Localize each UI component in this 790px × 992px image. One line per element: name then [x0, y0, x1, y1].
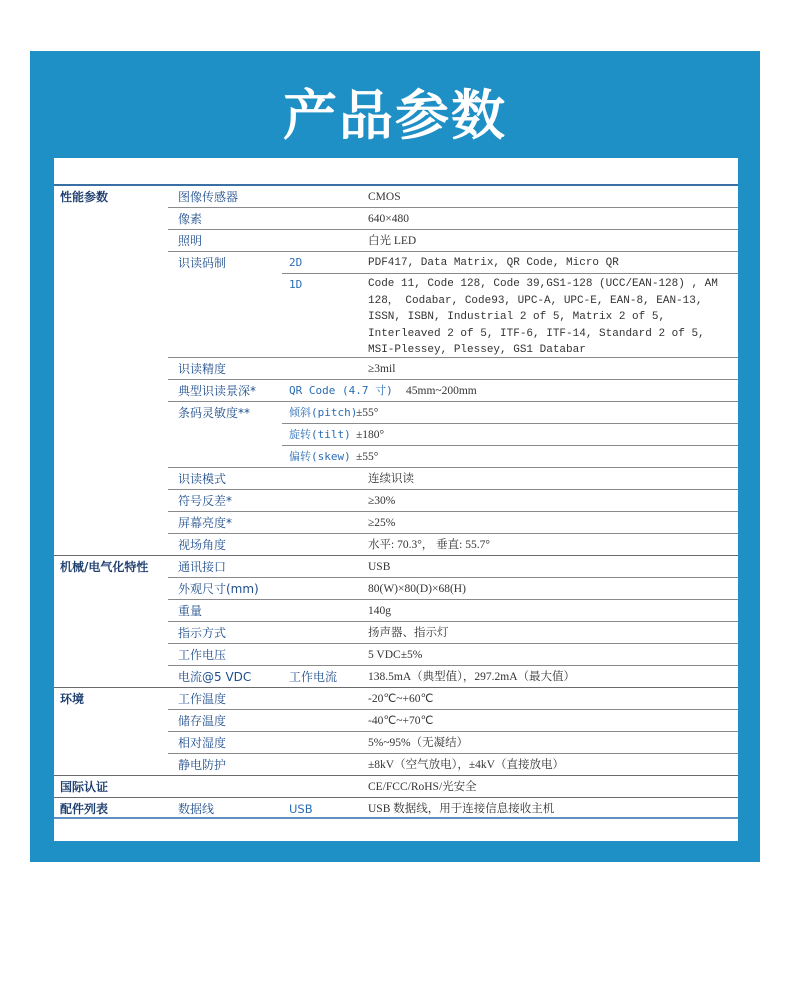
row-label: 符号反差* [178, 490, 232, 512]
row-label: 典型识读景深* [178, 380, 256, 402]
row-label: 工作温度 [178, 688, 226, 710]
table-row: 识读模式 连续识读 [54, 468, 738, 490]
row-label: 识读精度 [178, 358, 226, 380]
row-label: 条码灵敏度** [178, 402, 250, 424]
row-value: 138.5mA（典型值），297.2mA（最大值） [368, 666, 575, 688]
row-sublabel: 偏转(skew) [289, 446, 351, 468]
row-label: 相对湿度 [178, 732, 226, 754]
row-label: 像素 [178, 208, 202, 230]
row-label: 视场角度 [178, 534, 226, 556]
page-title: 产品参数 [30, 73, 760, 150]
table-bottom-rule [54, 817, 738, 819]
row-label: 识读模式 [178, 468, 226, 490]
category-label: 环境 [60, 688, 84, 710]
table-row: 外观尺寸(mm) 80(W)×80(D)×68(H) [54, 578, 738, 600]
row-label: 识读码制 [178, 252, 226, 274]
table-row: 屏幕亮度* ≥25% [54, 512, 738, 534]
row-value: ±55° [356, 446, 378, 468]
row-value: USB [368, 556, 390, 578]
row-value: 扬声器、指示灯 [368, 622, 449, 644]
category-label: 性能参数 [60, 186, 108, 208]
spec-card: 性能参数 图像传感器 CMOS 像素 640×480 照明 白光 LED 识读码… [54, 158, 738, 841]
row-value: ≥30% [368, 490, 395, 512]
row-label: 外观尺寸(mm) [178, 578, 259, 600]
row-sublabel: 工作电流 [289, 666, 337, 688]
row-value: Code 11, Code 128, Code 39,GS1-128 (UCC/… [368, 276, 736, 359]
row-label: 照明 [178, 230, 202, 252]
table-row: 国际认证 CE/FCC/RoHS/光安全 [54, 776, 738, 798]
table-row: 像素 640×480 [54, 208, 738, 230]
row-value: 640×480 [368, 208, 409, 230]
row-value: ±55° [356, 402, 378, 424]
table-row: 环境 工作温度 -20℃~+60℃ [54, 688, 738, 710]
row-value: 水平: 70.3°， 垂直: 55.7° [368, 534, 490, 556]
row-value: ±180° [356, 424, 384, 446]
table-row: 电流@5 VDC 工作电流 138.5mA（典型值），297.2mA（最大值） [54, 666, 738, 688]
row-sublabel: QR Code (4.7 寸) [289, 380, 393, 402]
row-value: -20℃~+60℃ [368, 688, 433, 710]
row-value: 5%~95%（无凝结） [368, 732, 468, 754]
table-row: 旋转(tilt) ±180° [54, 424, 738, 446]
row-label: 图像传感器 [178, 186, 238, 208]
row-value: ≥25% [368, 512, 395, 534]
row-label: 储存温度 [178, 710, 226, 732]
spec-panel: 产品参数 性能参数 图像传感器 CMOS 像素 640×480 照明 白光 LE… [30, 51, 760, 862]
row-sublabel: 1D [289, 274, 302, 296]
table-row: 指示方式 扬声器、指示灯 [54, 622, 738, 644]
table-row: 视场角度 水平: 70.3°， 垂直: 55.7° [54, 534, 738, 556]
row-value: 80(W)×80(D)×68(H) [368, 578, 466, 600]
row-value: 连续识读 [368, 468, 414, 490]
row-label: 通讯接口 [178, 556, 226, 578]
table-row: 相对湿度 5%~95%（无凝结） [54, 732, 738, 754]
row-sublabel: 旋转(tilt) [289, 424, 351, 446]
table-row: 工作电压 5 VDC±5% [54, 644, 738, 666]
table-row: 典型识读景深* QR Code (4.7 寸) 45mm~200mm [54, 380, 738, 402]
row-label: 电流@5 VDC [178, 666, 251, 688]
table-row: 机械/电气化特性 通讯接口 USB [54, 556, 738, 578]
row-value: PDF417, Data Matrix, QR Code, Micro QR [368, 252, 619, 274]
table-row: 静电防护 ±8kV（空气放电），±4kV（直接放电） [54, 754, 738, 776]
table-row: 符号反差* ≥30% [54, 490, 738, 512]
row-value: 140g [368, 600, 391, 622]
table-row: 储存温度 -40℃~+70℃ [54, 710, 738, 732]
table-row: 条码灵敏度** 倾斜(pitch) ±55° [54, 402, 738, 424]
row-value: 5 VDC±5% [368, 644, 422, 666]
row-sublabel: 2D [289, 252, 302, 274]
spec-table: 性能参数 图像传感器 CMOS 像素 640×480 照明 白光 LED 识读码… [54, 186, 738, 820]
row-label: 指示方式 [178, 622, 226, 644]
row-value: 白光 LED [368, 230, 416, 252]
table-row: 识读精度 ≥3mil [54, 358, 738, 380]
table-row: 识读码制 2D PDF417, Data Matrix, QR Code, Mi… [54, 252, 738, 274]
row-label: 静电防护 [178, 754, 226, 776]
category-label: 机械/电气化特性 [60, 556, 148, 578]
row-label: 重量 [178, 600, 202, 622]
row-value: -40℃~+70℃ [368, 710, 433, 732]
row-value: ±8kV（空气放电），±4kV（直接放电） [368, 754, 564, 776]
row-value: CE/FCC/RoHS/光安全 [368, 776, 477, 798]
row-label: 工作电压 [178, 644, 226, 666]
row-sublabel: 倾斜(pitch) [289, 402, 357, 424]
table-row: 1D Code 11, Code 128, Code 39,GS1-128 (U… [54, 274, 738, 358]
row-value: CMOS [368, 186, 401, 208]
table-row: 照明 白光 LED [54, 230, 738, 252]
row-label: 屏幕亮度* [178, 512, 232, 534]
table-row: 性能参数 图像传感器 CMOS [54, 186, 738, 208]
table-row: 重量 140g [54, 600, 738, 622]
row-value: 45mm~200mm [406, 380, 477, 402]
row-value: ≥3mil [368, 358, 395, 380]
table-row: 偏转(skew) ±55° [54, 446, 738, 468]
category-label: 国际认证 [60, 776, 108, 798]
